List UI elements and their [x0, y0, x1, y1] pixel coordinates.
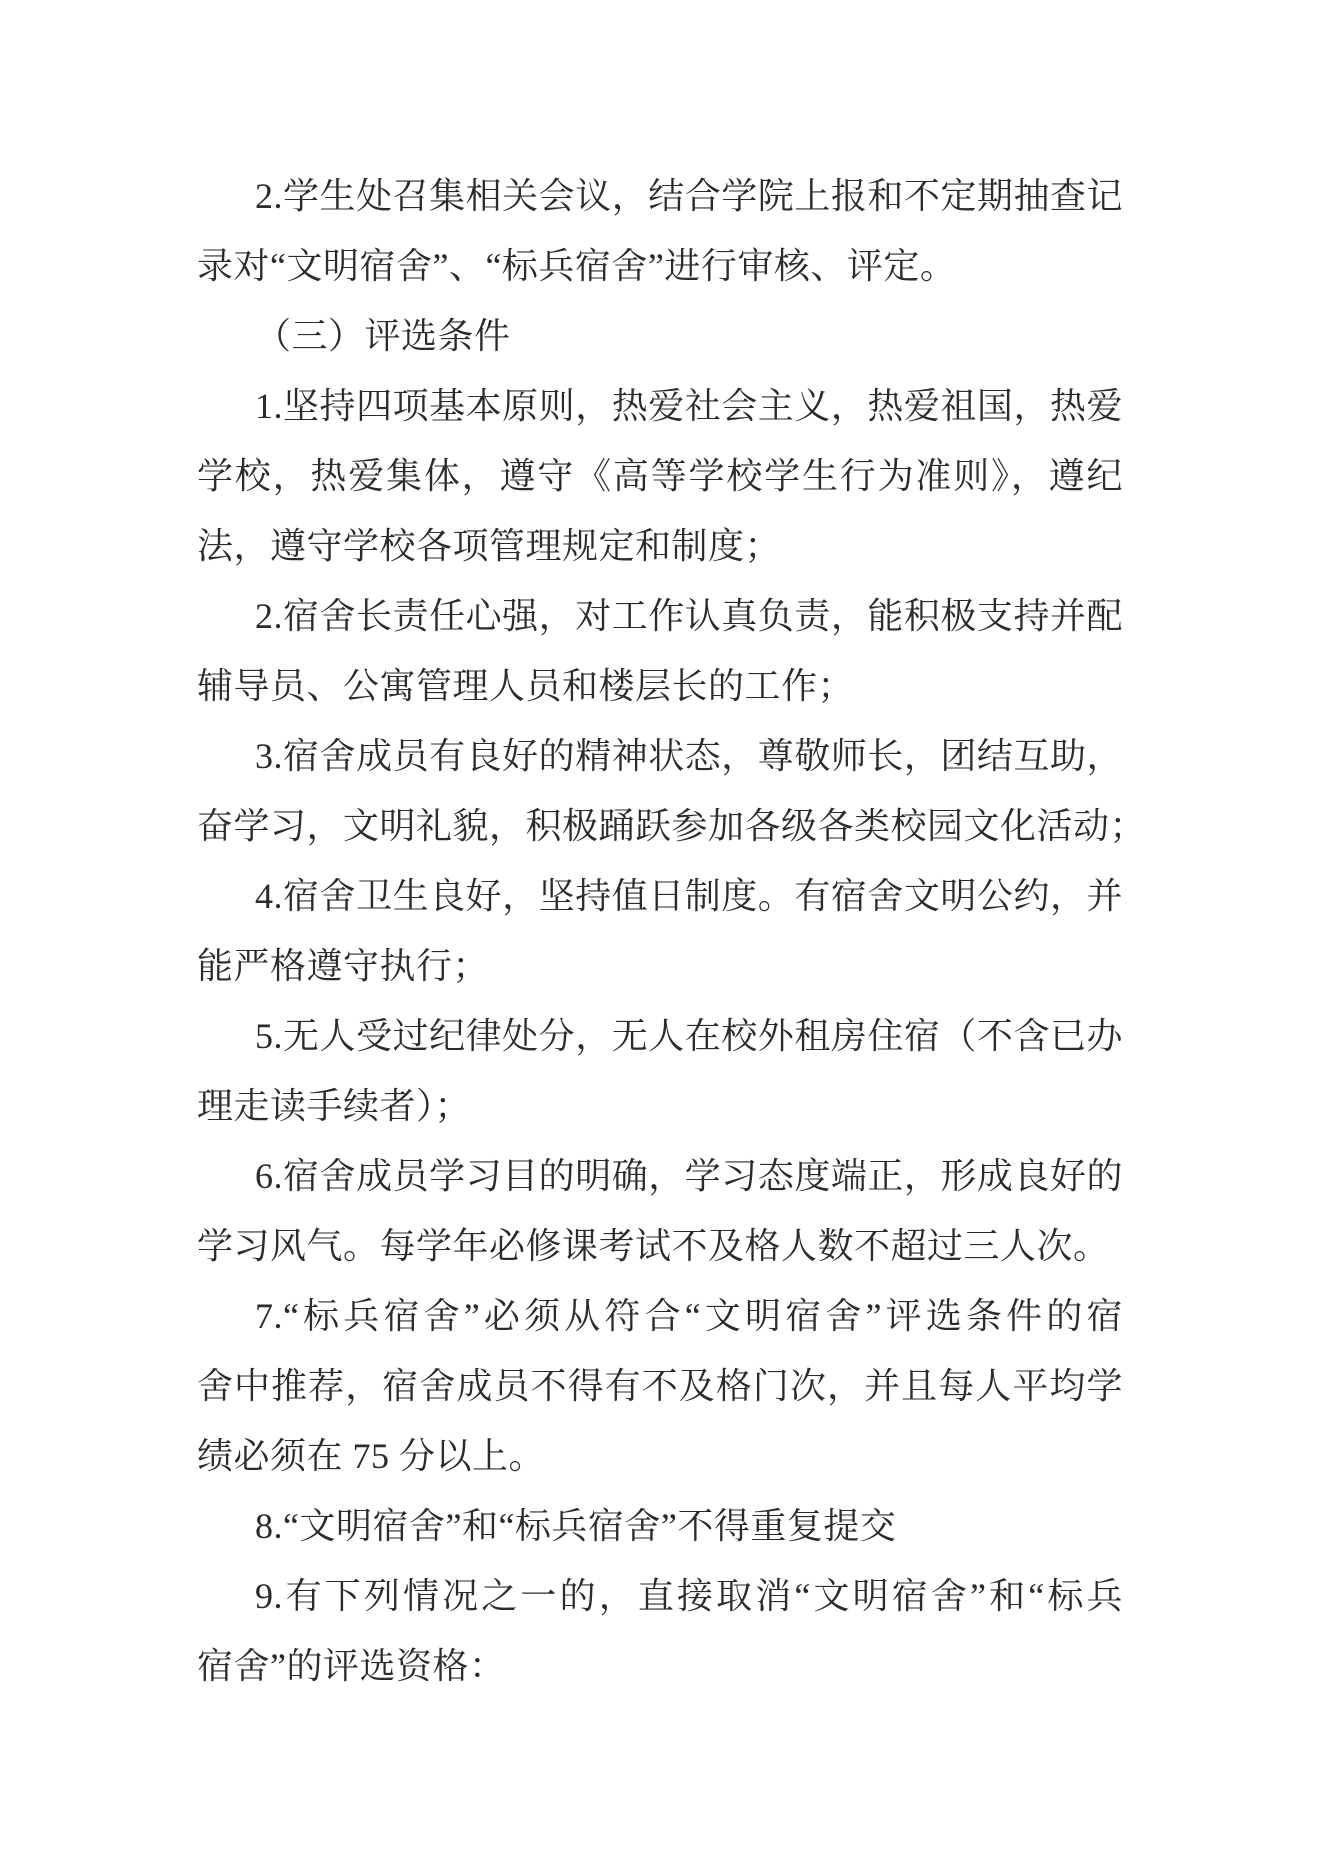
text-line: 辅导员、公寓管理人员和楼层长的工作； [197, 651, 1123, 721]
text-line: 舍中推荐，宿舍成员不得有不及格门次，并且每人平均学分 [197, 1351, 1123, 1421]
text-line: （三）评选条件 [197, 301, 1123, 371]
text-line: 5.无人受过纪律处分，无人在校外租房住宿（不含已办 [197, 1001, 1123, 1071]
document-page: 2.学生处召集相关会议，结合学院上报和不定期抽查记 录对“文明宿舍”、“标兵宿舍… [0, 0, 1323, 1871]
text-line: 3.宿舍成员有良好的精神状态，尊敬师长，团结互助，勤 [197, 721, 1123, 791]
text-line: 1.坚持四项基本原则，热爱社会主义，热爱祖国，热爱 [197, 371, 1123, 441]
text-line: 9.有下列情况之一的，直接取消“文明宿舍”和“标兵 [197, 1561, 1123, 1631]
text-line: 能严格遵守执行； [197, 931, 1123, 1001]
text-line: 6.宿舍成员学习目的明确，学习态度端正，形成良好的 [197, 1141, 1123, 1211]
text-line: 法，遵守学校各项管理规定和制度； [197, 511, 1123, 581]
text-line: 学习风气。每学年必修课考试不及格人数不超过三人次。 [197, 1211, 1123, 1281]
text-line: 奋学习，文明礼貌，积极踊跃参加各级各类校园文化活动； [197, 791, 1123, 861]
text-line: 7.“标兵宿舍”必须从符合“文明宿舍”评选条件的宿 [197, 1281, 1123, 1351]
text-block: 2.学生处召集相关会议，结合学院上报和不定期抽查记 录对“文明宿舍”、“标兵宿舍… [197, 161, 1123, 1701]
text-line: 学校，热爱集体，遵守《高等学校学生行为准则》，遵纪守 [197, 441, 1123, 511]
text-line: 2.学生处召集相关会议，结合学院上报和不定期抽查记 [197, 161, 1123, 231]
text-line: 录对“文明宿舍”、“标兵宿舍”进行审核、评定。 [197, 231, 1123, 301]
text-line: 2.宿舍长责任心强，对工作认真负责，能积极支持并配合 [197, 581, 1123, 651]
text-line: 宿舍”的评选资格： [197, 1631, 1123, 1701]
text-line: 绩必须在 75 分以上。 [197, 1421, 1123, 1491]
text-line: 8.“文明宿舍”和“标兵宿舍”不得重复提交 [197, 1491, 1123, 1561]
text-line: 理走读手续者）； [197, 1071, 1123, 1141]
text-line: 4.宿舍卫生良好，坚持值日制度。有宿舍文明公约，并 [197, 861, 1123, 931]
